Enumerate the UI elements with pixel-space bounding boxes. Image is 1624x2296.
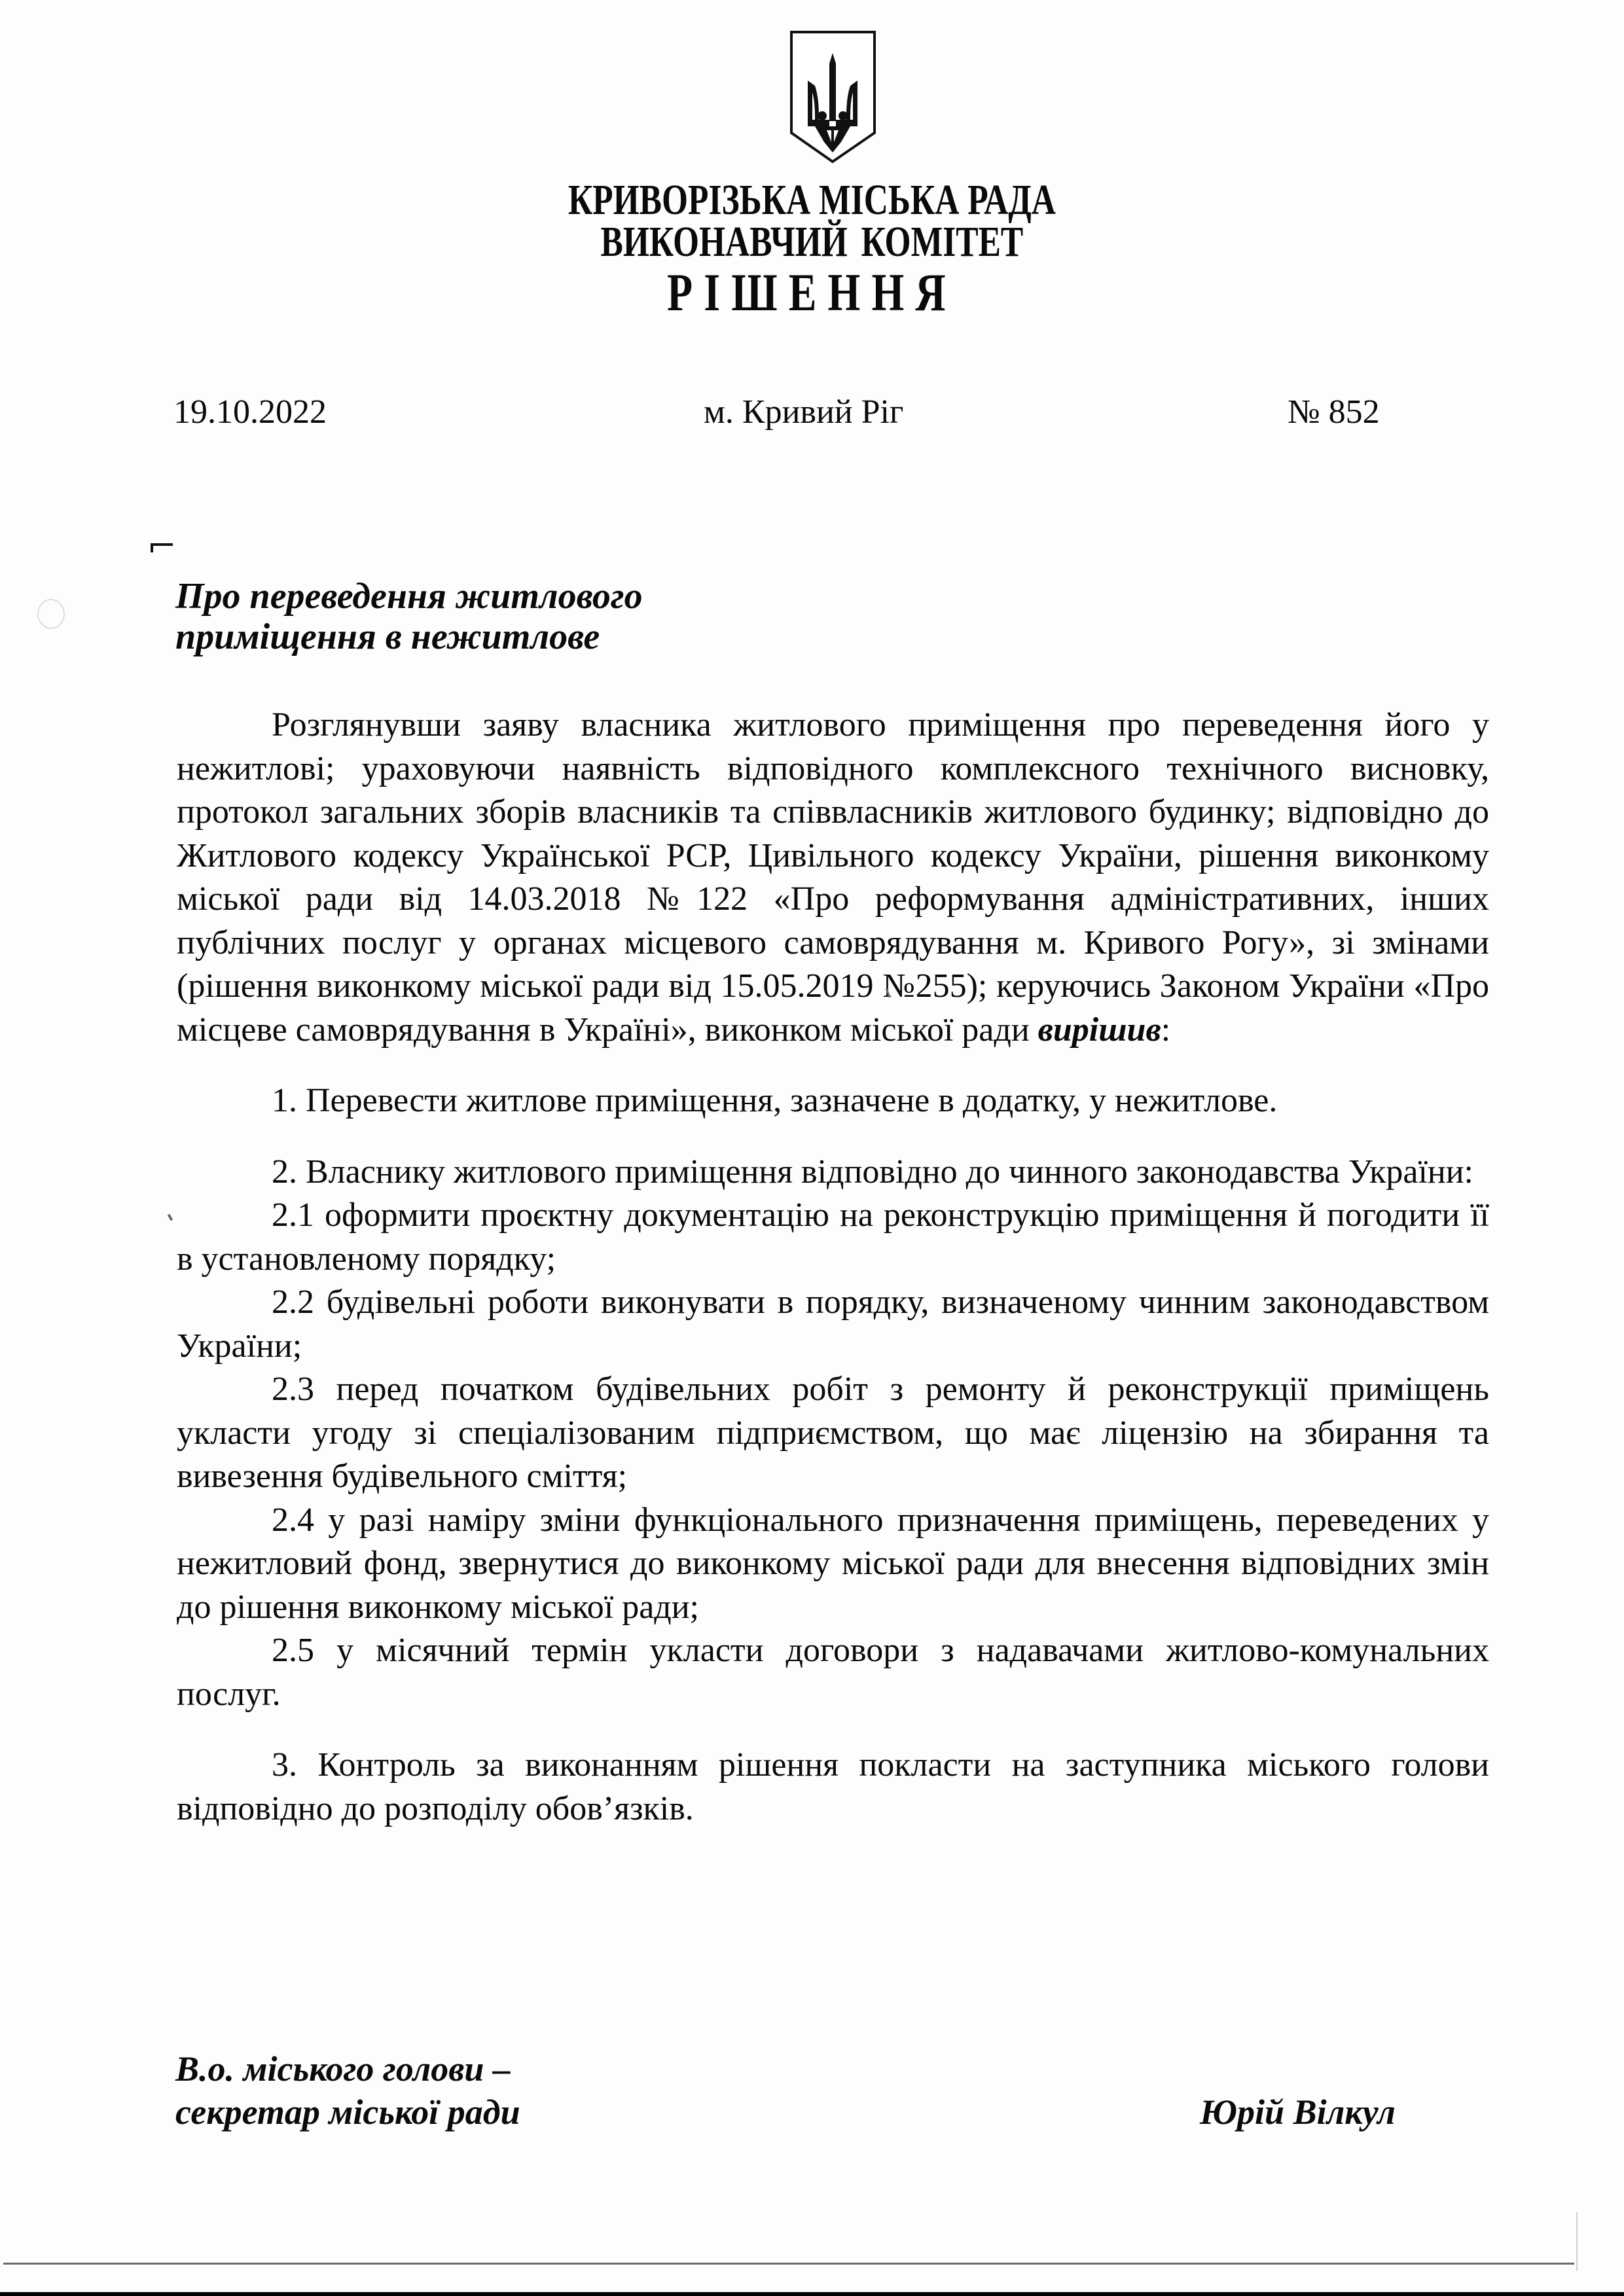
item-2-2: 2.2 будівельні роботи виконувати в поряд… <box>177 1281 1489 1368</box>
scan-speck <box>168 1214 173 1221</box>
scan-artifact-circle <box>37 599 65 629</box>
document-type-heading: РІШЕННЯ <box>179 262 1445 323</box>
page-edge-shadow <box>1576 2212 1578 2271</box>
signatory-name: Юрій Вілкул <box>1200 2090 1396 2134</box>
decision-body: Розглянувши заяву власника житлового при… <box>177 704 1489 1831</box>
item-2-1: 2.1 оформити проєктну документацію на ре… <box>177 1194 1489 1281</box>
preamble-paragraph: Розглянувши заяву власника житлового при… <box>177 704 1489 1052</box>
signatory-title: В.о. міського голови – секретар міської … <box>175 2047 520 2134</box>
item-2-5: 2.5 у місячний термін укласти договори з… <box>177 1629 1489 1716</box>
decision-subject: Про переведення житлового приміщення в н… <box>175 576 643 657</box>
coat-of-arms-icon <box>789 29 877 164</box>
signatory-title-line-2: секретар міської ради <box>175 2090 520 2134</box>
subject-line-2: приміщення в нежитлове <box>175 617 643 657</box>
item-2-3: 2.3 перед початком будівельних робіт з р… <box>177 1368 1489 1499</box>
page-bottom-edge <box>3 2263 1574 2265</box>
preamble-colon: : <box>1161 1011 1170 1049</box>
resolved-word: вирішив <box>1038 1011 1161 1049</box>
preamble-text: Розглянувши заяву власника житлового при… <box>177 706 1489 1049</box>
document-page: КРИВОРІЗЬКА МІСЬКА РАДА ВИКОНАВЧИЙ КОМІТ… <box>0 0 1624 2296</box>
item-2: 2. Власнику житлового приміщення відпові… <box>177 1151 1489 1194</box>
scan-bottom-border <box>0 2292 1624 2296</box>
item-3: 3. Контроль за виконанням рішення поклас… <box>177 1744 1489 1831</box>
document-meta-row: 19.10.2022 м. Кривий Ріг № 852 <box>0 393 1624 439</box>
signatory-title-line-1: В.о. міського голови – <box>175 2047 520 2090</box>
decision-city: м. Кривий Ріг <box>704 393 903 431</box>
decision-date: 19.10.2022 <box>173 393 327 431</box>
decision-number: № 852 <box>1288 393 1380 431</box>
item-2-4: 2.4 у разі наміру зміни функціонального … <box>177 1499 1489 1630</box>
corner-bracket-mark <box>151 543 173 552</box>
item-1: 1. Перевести житлове приміщення, зазначе… <box>177 1079 1489 1123</box>
committee-name: ВИКОНАВЧИЙ КОМІТЕТ <box>179 217 1445 267</box>
subject-line-1: Про переведення житлового <box>175 576 643 617</box>
